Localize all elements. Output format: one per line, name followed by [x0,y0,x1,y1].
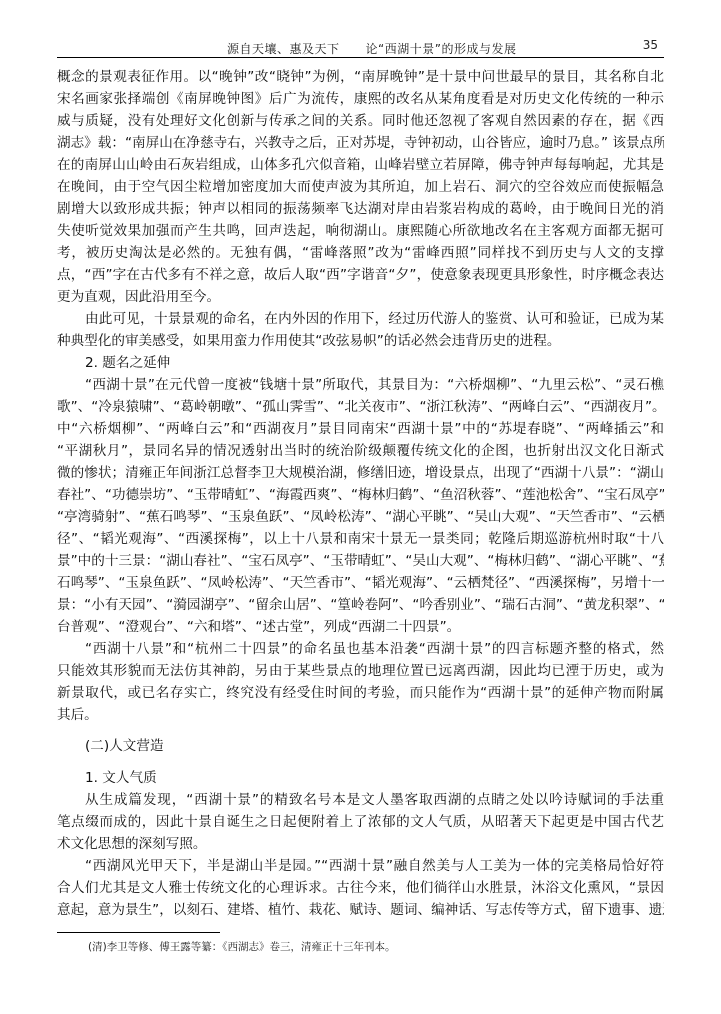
running-head-title: 论“西湖十景”的形成与发展 [366,42,517,56]
text-line: 术文化思想的深刻写照。 [57,833,664,855]
text-line: 合人们尤其是文人雅士传统文化的心理诉求。古往今来，他们徜徉山水胜景，沐浴文化熏风… [57,877,664,899]
text-line: 歌”、“冷泉猿啸”、“葛岭朝暾”、“孤山霁雪”、“北关夜市”、“浙江秋涛”、“两… [57,396,664,418]
text-line: 意起，意为景生”，以刻石、建塔、植竹、栽花、赋诗、题词、编神话、写志传等方式，留… [57,899,664,921]
text-line: 新景取代，或已名存实亡，终究没有经受住时间的考验，而只能作为“西湖十景”的延伸产… [57,682,664,704]
sub-heading: 1. 文人气质 [57,767,664,789]
text-line: 台普观”、“澄观台”、“六和塔”、“述古堂”，列成“西湖二十四景”。 [57,616,664,638]
text-line: 更为直观，因此沿用至今。 [57,286,664,308]
text-line: “亭湾骑射”、“蕉石鸣琴”、“玉泉鱼跃”、“凤岭松涛”、“湖心平眺”、“吴山大观… [57,506,664,528]
text-line: 在的南屏山山岭由石灰岩组成，山体多孔穴似音箱，山峰岩壁立若屏障，佛寺钟声每每响起… [57,154,664,176]
text-line: 在晚间，由于空气因尘粒增加密度加大而使声波为其所迫，加上岩石、洞穴的空谷效应而使… [57,176,664,198]
text-line: 种典型化的审美感受，如果用蛮力作用使其“改弦易帜”的话必然会违背历史的进程。 [57,330,664,352]
text-line: “西湖十八景”和“杭州二十四景”的命名虽也基本沿袭“西湖十景”的四言标题齐整的格… [57,638,664,660]
running-head: 源自天壤、惠及天下论“西湖十景”的形成与发展 [227,40,516,57]
text-line: 威与质疑，没有处理好文化创新与传承之间的关系。同时他还忽视了客观自然因素的存在，… [57,110,664,132]
header-rule [57,57,664,58]
text-line: 剧增大以致形成共振；钟声以相同的振荡频率飞达湖对岸由岩浆岩构成的葛岭，由于晚间日… [57,198,664,220]
text-line: 只能效其形貌而无法仿其神韵，另由于某些景点的地理位置已远离西湖，因此均已湮于历史… [57,660,664,682]
body-block-2: 从生成篇发现，“西湖十景”的精致名号本是文人墨客取西湖的点睛之处以吟诗赋词的手法… [57,789,664,921]
body-text: 概念的景观表征作用。以“晚钟”改“晓钟”为例，“南屏晚钟”是十景中问世最早的景目… [57,66,664,921]
spacer [57,726,664,735]
running-head-left: 源自天壤、惠及天下 [227,42,340,56]
text-line: 点，“西”字在古代多有不祥之意，故后人取“西”字谐音“夕”，使意象表现更具形象性… [57,264,664,286]
text-line: 宋名画家张择端创《南屏晚钟图》后广为流传，康熙的改名从某角度看是对历史文化传统的… [57,88,664,110]
sub-heading: 2. 题名之延伸 [57,352,664,374]
spacer [57,757,664,767]
text-line: 失使听觉效果加强而产生共鸣，回声迭起，响彻湖山。康熙随心所欲地改名在主客观方面都… [57,220,664,242]
text-line: 景”中的十三景：“湖山春社”、“宝石凤亭”、“玉带晴虹”、“吴山大观”、“梅林归… [57,550,664,572]
text-line: 石鸣琴”、“玉泉鱼跃”、“凤岭松涛”、“天竺香市”、“韬光观海”、“云栖梵径”、… [57,572,664,594]
text-line: 其后。 [57,704,664,726]
footnote: (清)李卫等修、傅王露等纂：《西湖志》卷三，清雍正十三年刊本。 [88,940,395,954]
text-line: 由此可见，十景景观的命名，在内外因的作用下，经过历代游人的鉴赏、认可和验证，已成… [57,308,664,330]
text-line: 中“六桥烟柳”、“两峰白云”和“西湖夜月”景目同南宋“西湖十景”中的“苏堤春晓”… [57,418,664,440]
footnote-rule [57,932,220,933]
text-line: “西湖风光甲天下，半是湖山半是园。”“西湖十景”融自然美与人工美为一体的完美格局… [57,855,664,877]
section-heading: (二)人文营造 [57,735,664,757]
text-line: 景：“小有天园”、“漪园湖亭”、“留余山居”、“篁岭卷阿”、“吟香别业”、“瑞石… [57,594,664,616]
text-line: “平湖秋月”，景同名异的情况透射出当时的统治阶级颠覆传统文化的企图，也折射出汉文… [57,440,664,462]
text-line: “西湖十景”在元代曾一度被“钱塘十景”所取代，其景目为：“六桥烟柳”、“九里云松… [57,374,664,396]
text-line: 微的惨状；清雍正年间浙江总督李卫大规模治湖，修缮旧迹，增设景点，出现了“西湖十八… [57,462,664,484]
text-line: 考，被历史淘汰是必然的。无独有偶，“雷峰落照”改为“雷峰西照”同样找不到历史与人… [57,242,664,264]
text-line: 从生成篇发现，“西湖十景”的精致名号本是文人墨客取西湖的点睛之处以吟诗赋词的手法… [57,789,664,811]
text-line: 湖志》载：“南屏山在净慈寺右，兴教寺之后，正对苏堤，寺钟初动，山谷皆应，逾时乃息… [57,132,664,154]
page-number: 35 [643,38,658,52]
page-header: 源自天壤、惠及天下论“西湖十景”的形成与发展 35 [57,36,664,56]
text-line: 笔点缀而成的，因此十景自诞生之日起便附着上了浓郁的文人气质，从昭著天下起更是中国… [57,811,664,833]
text-line: 径”、“韬光观海”、“西溪探梅”，以上十八景和南宋十景无一景类同；乾隆后期巡游杭… [57,528,664,550]
text-line: 概念的景观表征作用。以“晚钟”改“晓钟”为例，“南屏晚钟”是十景中问世最早的景目… [57,66,664,88]
text-line: 春社”、“功德崇坊”、“玉带晴虹”、“海霞西爽”、“梅林归鹤”、“鱼沼秋蓉”、“… [57,484,664,506]
body-block-1: 概念的景观表征作用。以“晚钟”改“晓钟”为例，“南屏晚钟”是十景中问世最早的景目… [57,66,664,726]
